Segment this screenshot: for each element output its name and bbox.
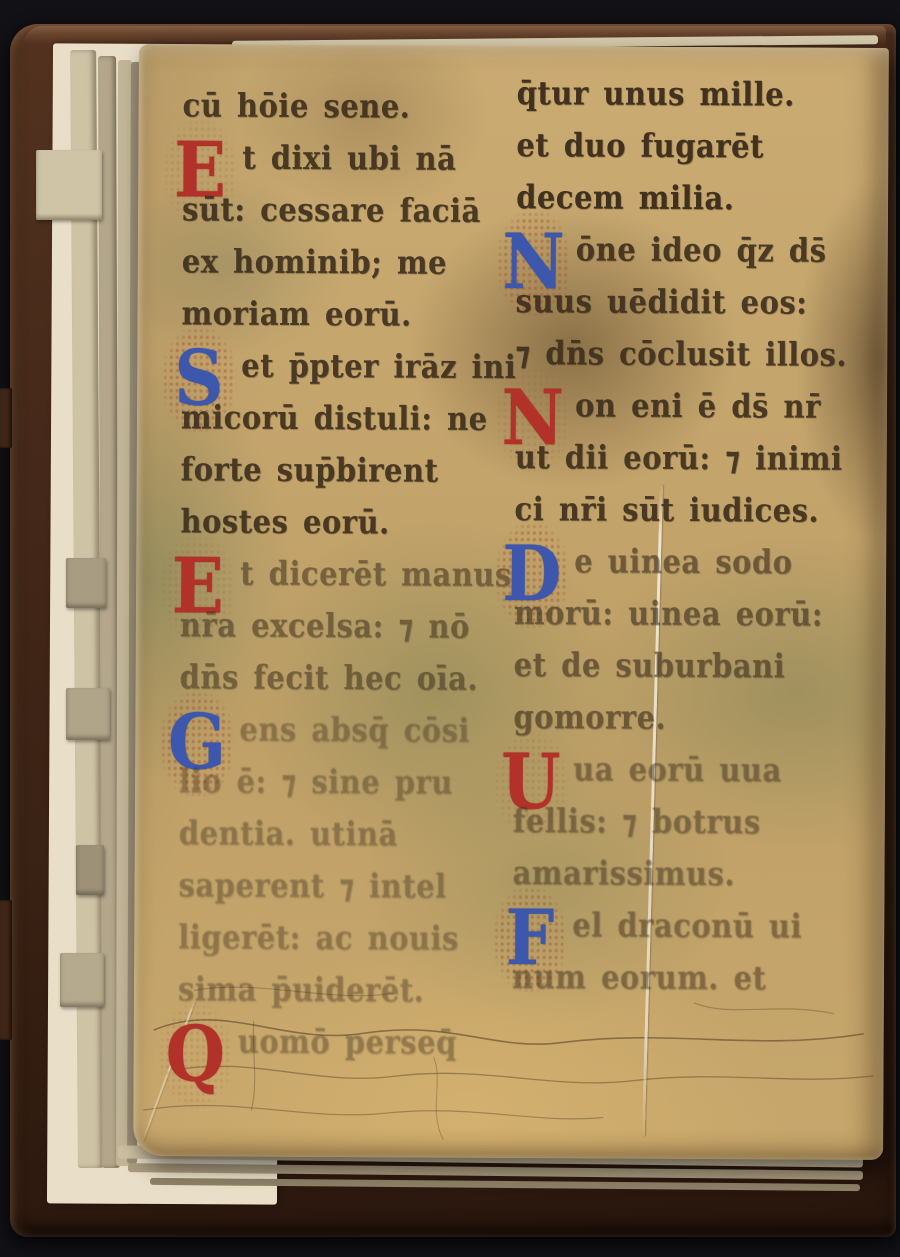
text-line: et de suburbani	[514, 637, 880, 697]
text-line: Quomō perseq̄	[178, 1013, 512, 1073]
line-text: lio ē: ⁊ sine pru	[179, 762, 453, 802]
text-line: et duo fugarēt	[516, 117, 882, 177]
line-text: et de suburbani	[514, 646, 786, 686]
line-text: saperent ⁊ intel	[178, 866, 446, 905]
line-text: ua eorū uua	[573, 750, 782, 789]
text-column-right: q̄tur unus mille.et duo fugarētdecem mil…	[512, 68, 883, 1006]
line-text: num eorum. et	[512, 958, 767, 997]
line-text: et duo fugarēt	[516, 126, 764, 165]
line-text: et p̄pter irāz ini	[241, 346, 516, 386]
line-text: ens absq̄ cōsi	[239, 710, 470, 749]
text-line: Non eni ē ds̄ nr̄	[515, 377, 881, 437]
text-line: ex hominib; me	[182, 233, 516, 293]
line-text: q̄tur unus mille.	[517, 74, 795, 114]
index-tab	[66, 558, 106, 608]
index-tab	[60, 953, 104, 1007]
text-line: micorū distuli: ne	[181, 389, 515, 449]
line-text: fellis: ⁊ botrus	[513, 802, 761, 841]
vellum-page: cū hōie sene.Et dixi ubi nāsūt: cessare …	[133, 44, 889, 1160]
text-line: ut dii eorū: ⁊ inimi	[515, 429, 881, 489]
text-line: suus uēdidit eos:	[515, 273, 881, 333]
text-line: Fel draconū ui	[512, 897, 878, 957]
line-text: nr̄a excelsa: ⁊ nō	[180, 606, 470, 646]
text-line: ligerēt: ac nouis	[178, 909, 512, 969]
text-line: sūt: cessare faciā	[182, 181, 516, 241]
index-tab	[76, 845, 104, 895]
text-line: Set p̄pter irāz ini	[181, 337, 515, 397]
line-text: forte sup̄birent	[181, 450, 439, 489]
line-text: uomō perseq̄	[238, 1022, 457, 1061]
text-line: dentia. utinā	[179, 805, 513, 865]
text-line: Uua eorū uua	[513, 741, 879, 801]
line-text: suus uēdidit eos:	[515, 282, 807, 322]
text-line: Gens absq̄ cōsi	[179, 701, 513, 761]
line-text: morū: uinea eorū:	[514, 594, 823, 634]
text-column-left: cū hōie sene.Et dixi ubi nāsūt: cessare …	[178, 80, 517, 1070]
index-tab	[66, 688, 110, 740]
text-line: Et dixi ubi nā	[182, 129, 516, 189]
text-line: q̄tur unus mille.	[517, 65, 883, 125]
text-line: Et dicerēt manus	[180, 545, 514, 605]
text-line: forte sup̄birent	[181, 441, 515, 501]
line-text: t dixi ubi nā	[242, 138, 456, 177]
clasp-strap	[0, 900, 12, 1040]
line-text: on eni ē ds̄ nr̄	[575, 386, 821, 425]
index-tab	[36, 150, 102, 220]
line-text: el draconū ui	[572, 906, 802, 945]
clasp-strap	[0, 388, 12, 448]
line-text: ex hominib; me	[182, 242, 447, 281]
text-line: morū: uinea eorū:	[514, 585, 880, 645]
text-line: num eorum. et	[512, 949, 878, 1009]
line-text: ōne ideo q̄z ds̄	[576, 230, 827, 269]
text-line: nr̄a excelsa: ⁊ nō	[180, 597, 514, 657]
line-text: ligerēt: ac nouis	[178, 918, 459, 958]
text-line: Nōne ideo q̄z ds̄	[516, 221, 882, 281]
text-line: fellis: ⁊ botrus	[513, 793, 879, 853]
line-text: dentia. utinā	[179, 814, 398, 853]
text-line: lio ē: ⁊ sine pru	[179, 753, 513, 813]
line-text: ut dii eorū: ⁊ inimi	[515, 438, 843, 478]
line-text: t dicerēt manus	[240, 554, 512, 594]
line-text: e uinea sodo	[574, 542, 793, 581]
illuminated-initial: Q	[163, 1009, 227, 1103]
manuscript-photo: cū hōie sene.Et dixi ubi nāsūt: cessare …	[0, 0, 900, 1257]
text-line: saperent ⁊ intel	[178, 857, 512, 917]
text-line: De uinea sodo	[514, 533, 880, 593]
line-text: micorū distuli: ne	[181, 398, 488, 438]
line-text: sūt: cessare faciā	[182, 190, 481, 230]
